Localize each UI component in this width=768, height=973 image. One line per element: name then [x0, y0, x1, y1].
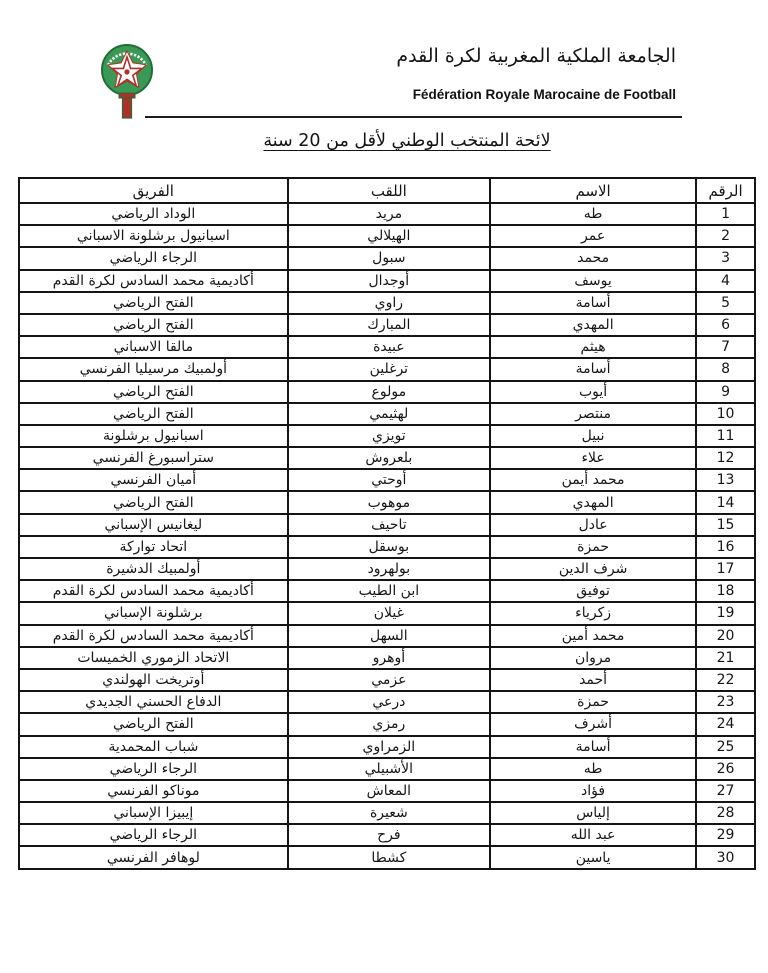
- cell-name: زكرياء: [490, 602, 696, 624]
- cell-team: الفتح الرياضي: [19, 292, 288, 314]
- cell-team: الرجاء الرياضي: [19, 758, 288, 780]
- frmf-crest-svg: [96, 42, 158, 122]
- table-row: 18توفيقابن الطيبأكاديمية محمد السادس لكر…: [19, 580, 755, 602]
- cell-name: مروان: [490, 647, 696, 669]
- header-row: الرقم الاسم اللقب الفريق: [19, 178, 755, 203]
- table-row: 28إلياسشعيرةإيبيزا الإسباني: [19, 802, 755, 824]
- cell-team: مالقا الاسباني: [19, 336, 288, 358]
- cell-number: 8: [696, 358, 755, 380]
- cell-number: 6: [696, 314, 755, 336]
- cell-team: اتحاد تواركة: [19, 536, 288, 558]
- cell-team: الوداد الرياضي: [19, 203, 288, 225]
- cell-number: 30: [696, 846, 755, 868]
- cell-team: إيبيزا الإسباني: [19, 802, 288, 824]
- cell-name: المهدي: [490, 314, 696, 336]
- cell-team: الدفاع الحسني الجديدي: [19, 691, 288, 713]
- cell-name: أسامة: [490, 292, 696, 314]
- cell-number: 26: [696, 758, 755, 780]
- cell-team: أوتريخت الهولندي: [19, 669, 288, 691]
- cell-number: 1: [696, 203, 755, 225]
- cell-name: إلياس: [490, 802, 696, 824]
- cell-name: حمزة: [490, 691, 696, 713]
- cell-name: شرف الدين: [490, 558, 696, 580]
- cell-surname: عزمي: [288, 669, 490, 691]
- frmf-crest-icon: [96, 42, 158, 122]
- cell-number: 27: [696, 780, 755, 802]
- org-title-arabic: الجامعة الملكية المغربية لكرة القدم: [396, 45, 676, 67]
- cell-name: ياسين: [490, 846, 696, 868]
- cell-team: أولمبيك الدشيرة: [19, 558, 288, 580]
- cell-name: محمد أيمن: [490, 469, 696, 491]
- table-row: 30ياسينكشطالوهافر الفرنسي: [19, 846, 755, 868]
- table-row: 3محمدسبولالرجاء الرياضي: [19, 247, 755, 269]
- cell-name: توفيق: [490, 580, 696, 602]
- cell-team: الرجاء الرياضي: [19, 824, 288, 846]
- cell-surname: بولهرود: [288, 558, 490, 580]
- cell-name: المهدي: [490, 491, 696, 513]
- cell-name: طه: [490, 203, 696, 225]
- cell-surname: فرح: [288, 824, 490, 846]
- cell-surname: مريد: [288, 203, 490, 225]
- table-row: 24أشرفرمزيالفتح الرياضي: [19, 713, 755, 735]
- cell-number: 9: [696, 381, 755, 403]
- cell-number: 7: [696, 336, 755, 358]
- cell-name: أيوب: [490, 381, 696, 403]
- cell-surname: كشطا: [288, 846, 490, 868]
- table-row: 11نبيلتويزياسبانيول برشلونة: [19, 425, 755, 447]
- cell-name: فؤاد: [490, 780, 696, 802]
- cell-team: أميان الفرنسي: [19, 469, 288, 491]
- cell-number: 29: [696, 824, 755, 846]
- column-header-surname: اللقب: [288, 178, 490, 203]
- table-row: 2عمرالهيلالياسبانيول برشلونة الاسباني: [19, 225, 755, 247]
- cell-team: أكاديمية محمد السادس لكرة القدم: [19, 580, 288, 602]
- cell-name: عمر: [490, 225, 696, 247]
- column-header-number: الرقم: [696, 178, 755, 203]
- org-title-french: Fédération Royale Marocaine de Football: [413, 87, 676, 102]
- cell-surname: الزمراوي: [288, 736, 490, 758]
- cell-number: 11: [696, 425, 755, 447]
- table-row: 22أحمدعزميأوتريخت الهولندي: [19, 669, 755, 691]
- cell-surname: أوهرو: [288, 647, 490, 669]
- cell-name: عادل: [490, 514, 696, 536]
- cell-number: 25: [696, 736, 755, 758]
- cell-name: أشرف: [490, 713, 696, 735]
- cell-team: برشلونة الإسباني: [19, 602, 288, 624]
- table-row: 8أسامةترغلينأولمبيك مرسيليا الفرنسي: [19, 358, 755, 380]
- cell-surname: تويزي: [288, 425, 490, 447]
- cell-team: الاتحاد الزموري الخميسات: [19, 647, 288, 669]
- cell-surname: درعي: [288, 691, 490, 713]
- cell-team: الرجاء الرياضي: [19, 247, 288, 269]
- cell-number: 22: [696, 669, 755, 691]
- cell-number: 18: [696, 580, 755, 602]
- table-row: 13محمد أيمنأوحتيأميان الفرنسي: [19, 469, 755, 491]
- crest-ribbon-bar: [119, 93, 135, 98]
- cell-surname: المبارك: [288, 314, 490, 336]
- cell-team: أولمبيك مرسيليا الفرنسي: [19, 358, 288, 380]
- cell-name: يوسف: [490, 270, 696, 292]
- table-row: 27فؤادالمعاشموناكو الفرنسي: [19, 780, 755, 802]
- table-row: 14المهديموهوبالفتح الرياضي: [19, 491, 755, 513]
- cell-team: ليغانيس الإسباني: [19, 514, 288, 536]
- cell-surname: أوحتي: [288, 469, 490, 491]
- column-header-team: الفريق: [19, 178, 288, 203]
- table-row: 7هيثمعبيدةمالقا الاسباني: [19, 336, 755, 358]
- cell-surname: الأشبيلي: [288, 758, 490, 780]
- cell-surname: بوسقل: [288, 536, 490, 558]
- cell-name: هيثم: [490, 336, 696, 358]
- cell-surname: شعيرة: [288, 802, 490, 824]
- cell-number: 4: [696, 270, 755, 292]
- cell-team: الفتح الرياضي: [19, 491, 288, 513]
- cell-number: 3: [696, 247, 755, 269]
- cell-number: 12: [696, 447, 755, 469]
- cell-number: 19: [696, 602, 755, 624]
- cell-name: علاء: [490, 447, 696, 469]
- cell-team: لوهافر الفرنسي: [19, 846, 288, 868]
- cell-number: 2: [696, 225, 755, 247]
- cell-surname: موهوب: [288, 491, 490, 513]
- cell-team: الفتح الرياضي: [19, 314, 288, 336]
- cell-number: 16: [696, 536, 755, 558]
- cell-team: الفتح الرياضي: [19, 403, 288, 425]
- cell-surname: الهيلالي: [288, 225, 490, 247]
- cell-surname: المعاش: [288, 780, 490, 802]
- cell-surname: بلعروش: [288, 447, 490, 469]
- document-page: { "header": { "org_title_ar": "الجامعة ا…: [0, 0, 768, 973]
- table-row: 19زكرياءغيلانبرشلونة الإسباني: [19, 602, 755, 624]
- cell-surname: غيلان: [288, 602, 490, 624]
- cell-surname: راوي: [288, 292, 490, 314]
- cell-name: منتصر: [490, 403, 696, 425]
- cell-name: عبد الله: [490, 824, 696, 846]
- cell-surname: مولوع: [288, 381, 490, 403]
- cell-name: أحمد: [490, 669, 696, 691]
- cell-team: شباب المحمدية: [19, 736, 288, 758]
- cell-team: الفتح الرياضي: [19, 381, 288, 403]
- page-title: لائحة المنتخب الوطني لأقل من 20 سنة: [263, 131, 550, 151]
- crest-center-dot: [124, 69, 129, 74]
- cell-surname: ترغلين: [288, 358, 490, 380]
- cell-surname: لهثيمي: [288, 403, 490, 425]
- cell-number: 13: [696, 469, 755, 491]
- player-table-body: 1طهمريدالوداد الرياضي2عمرالهيلالياسبانيو…: [19, 203, 755, 869]
- cell-number: 21: [696, 647, 755, 669]
- table-row: 16حمزةبوسقلاتحاد تواركة: [19, 536, 755, 558]
- table-row: 20محمد أمينالسهلأكاديمية محمد السادس لكر…: [19, 625, 755, 647]
- cell-name: أسامة: [490, 736, 696, 758]
- cell-team: موناكو الفرنسي: [19, 780, 288, 802]
- cell-team: اسبانيول برشلونة: [19, 425, 288, 447]
- cell-number: 5: [696, 292, 755, 314]
- cell-name: أسامة: [490, 358, 696, 380]
- cell-team: أكاديمية محمد السادس لكرة القدم: [19, 270, 288, 292]
- table-row: 26طهالأشبيليالرجاء الرياضي: [19, 758, 755, 780]
- cell-number: 23: [696, 691, 755, 713]
- table-row: 1طهمريدالوداد الرياضي: [19, 203, 755, 225]
- table-row: 15عادلتاحيفليغانيس الإسباني: [19, 514, 755, 536]
- crest-ribbon-tail: [123, 98, 132, 118]
- cell-number: 14: [696, 491, 755, 513]
- cell-name: محمد أمين: [490, 625, 696, 647]
- column-header-name: الاسم: [490, 178, 696, 203]
- header-divider: [145, 116, 682, 118]
- cell-number: 24: [696, 713, 755, 735]
- cell-number: 28: [696, 802, 755, 824]
- player-table-head: الرقم الاسم اللقب الفريق: [19, 178, 755, 203]
- cell-surname: السهل: [288, 625, 490, 647]
- cell-number: 10: [696, 403, 755, 425]
- table-row: 4يوسفأوجدالأكاديمية محمد السادس لكرة الق…: [19, 270, 755, 292]
- table-row: 5أسامةراويالفتح الرياضي: [19, 292, 755, 314]
- cell-name: نبيل: [490, 425, 696, 447]
- cell-surname: ابن الطيب: [288, 580, 490, 602]
- table-row: 17شرف الدينبولهرودأولمبيك الدشيرة: [19, 558, 755, 580]
- cell-number: 17: [696, 558, 755, 580]
- player-roster-table: الرقم الاسم اللقب الفريق 1طهمريدالوداد ا…: [18, 177, 756, 870]
- table-row: 29عبد اللهفرحالرجاء الرياضي: [19, 824, 755, 846]
- table-row: 6المهديالمباركالفتح الرياضي: [19, 314, 755, 336]
- cell-team: الفتح الرياضي: [19, 713, 288, 735]
- cell-number: 20: [696, 625, 755, 647]
- table-row: 9أيوبمولوعالفتح الرياضي: [19, 381, 755, 403]
- table-row: 25أسامةالزمراويشباب المحمدية: [19, 736, 755, 758]
- cell-team: اسبانيول برشلونة الاسباني: [19, 225, 288, 247]
- cell-name: حمزة: [490, 536, 696, 558]
- table-row: 23حمزةدرعيالدفاع الحسني الجديدي: [19, 691, 755, 713]
- cell-name: طه: [490, 758, 696, 780]
- cell-name: محمد: [490, 247, 696, 269]
- cell-surname: تاحيف: [288, 514, 490, 536]
- cell-team: ستراسبورغ الفرنسي: [19, 447, 288, 469]
- doc-title-wrap: لائحة المنتخب الوطني لأقل من 20 سنة: [0, 131, 768, 151]
- table-row: 12علاءبلعروشستراسبورغ الفرنسي: [19, 447, 755, 469]
- table-row: 10منتصرلهثيميالفتح الرياضي: [19, 403, 755, 425]
- cell-surname: عبيدة: [288, 336, 490, 358]
- cell-surname: سبول: [288, 247, 490, 269]
- cell-surname: رمزي: [288, 713, 490, 735]
- cell-team: أكاديمية محمد السادس لكرة القدم: [19, 625, 288, 647]
- cell-number: 15: [696, 514, 755, 536]
- cell-surname: أوجدال: [288, 270, 490, 292]
- table-row: 21مروانأوهروالاتحاد الزموري الخميسات: [19, 647, 755, 669]
